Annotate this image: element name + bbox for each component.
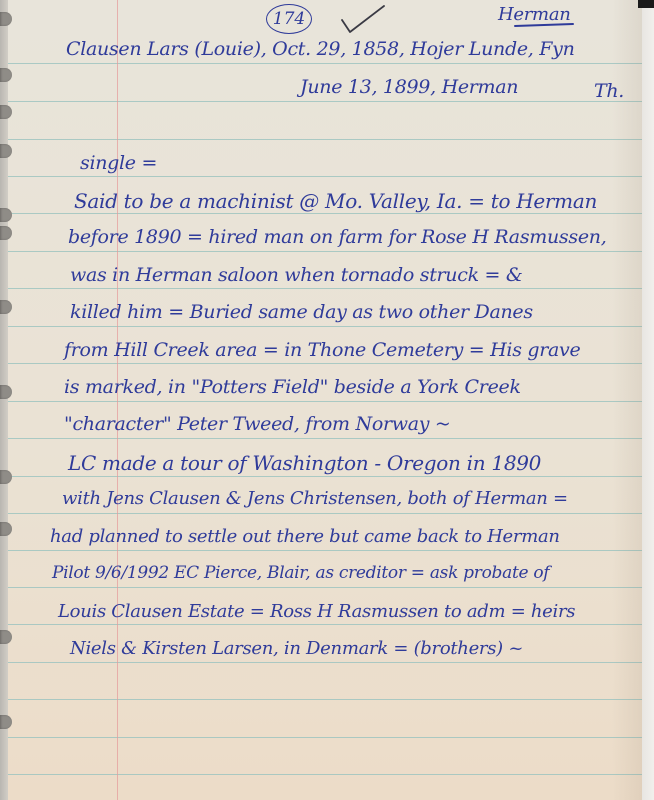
scan-corner-shadow [638,0,654,8]
right-note: Th. [594,80,624,102]
body-line: from Hill Creek area = in Thone Cemetery… [64,339,580,361]
binding-hole [0,68,12,82]
body-line: Pilot 9/6/1992 EC Pierce, Blair, as cred… [52,563,549,583]
binding-hole [0,208,12,222]
body-line: Louis Clausen Estate = Ross H Rasmussen … [58,601,575,622]
place-tag: Herman [498,4,571,25]
ruled-line [8,288,642,289]
ruled-line [8,513,642,514]
body-line: with Jens Clausen & Jens Christensen, bo… [62,488,568,509]
ruled-line [8,363,642,364]
binding-hole [0,385,12,399]
ruled-line [8,63,642,64]
page-number-circled: 174 [266,4,312,34]
checkmark-icon [338,2,388,36]
ruled-line [8,476,642,477]
notebook-page: 174 Herman Clausen Lars (Louie), Oct. 29… [0,0,642,800]
ruled-line [8,699,642,700]
binding-hole [0,470,12,484]
binding-hole [0,12,12,26]
body-line: is marked, in "Potters Field" beside a Y… [64,376,521,398]
scan-background-edge [642,0,654,800]
ruled-line [8,662,642,663]
ruled-line [8,624,642,625]
ruled-line [8,251,642,252]
body-line: was in Herman saloon when tornado struck… [70,264,523,286]
margin-line [117,0,118,800]
ruled-line [8,139,642,140]
binding-edge [0,0,8,800]
body-line: Niels & Kirsten Larsen, in Denmark = (br… [70,638,523,659]
binding-hole [0,144,12,158]
body-line: single = [80,152,157,174]
binding-hole [0,300,12,314]
ruled-line [8,326,642,327]
binding-hole [0,226,12,240]
ruled-line [8,176,642,177]
ruled-line [8,774,642,775]
binding-hole [0,630,12,644]
binding-hole [0,715,12,729]
ruled-line [8,587,642,588]
body-line: had planned to settle out there but came… [50,526,560,547]
ruled-line [8,101,642,102]
ruled-line [8,401,642,402]
ruled-line [8,737,642,738]
ruled-line [8,438,642,439]
title-line: Clausen Lars (Louie), Oct. 29, 1858, Hoj… [66,38,575,60]
body-line: "character" Peter Tweed, from Norway ~ [64,413,451,435]
body-line: Said to be a machinist @ Mo. Valley, Ia.… [74,189,597,213]
body-line: killed him = Buried same day as two othe… [70,301,533,323]
body-line: LC made a tour of Washington - Oregon in… [68,451,541,475]
ruled-line [8,550,642,551]
ruled-line [8,213,642,214]
death-line: June 13, 1899, Herman [300,76,518,98]
binding-hole [0,105,12,119]
body-line: before 1890 = hired man on farm for Rose… [68,226,606,248]
binding-hole [0,522,12,536]
